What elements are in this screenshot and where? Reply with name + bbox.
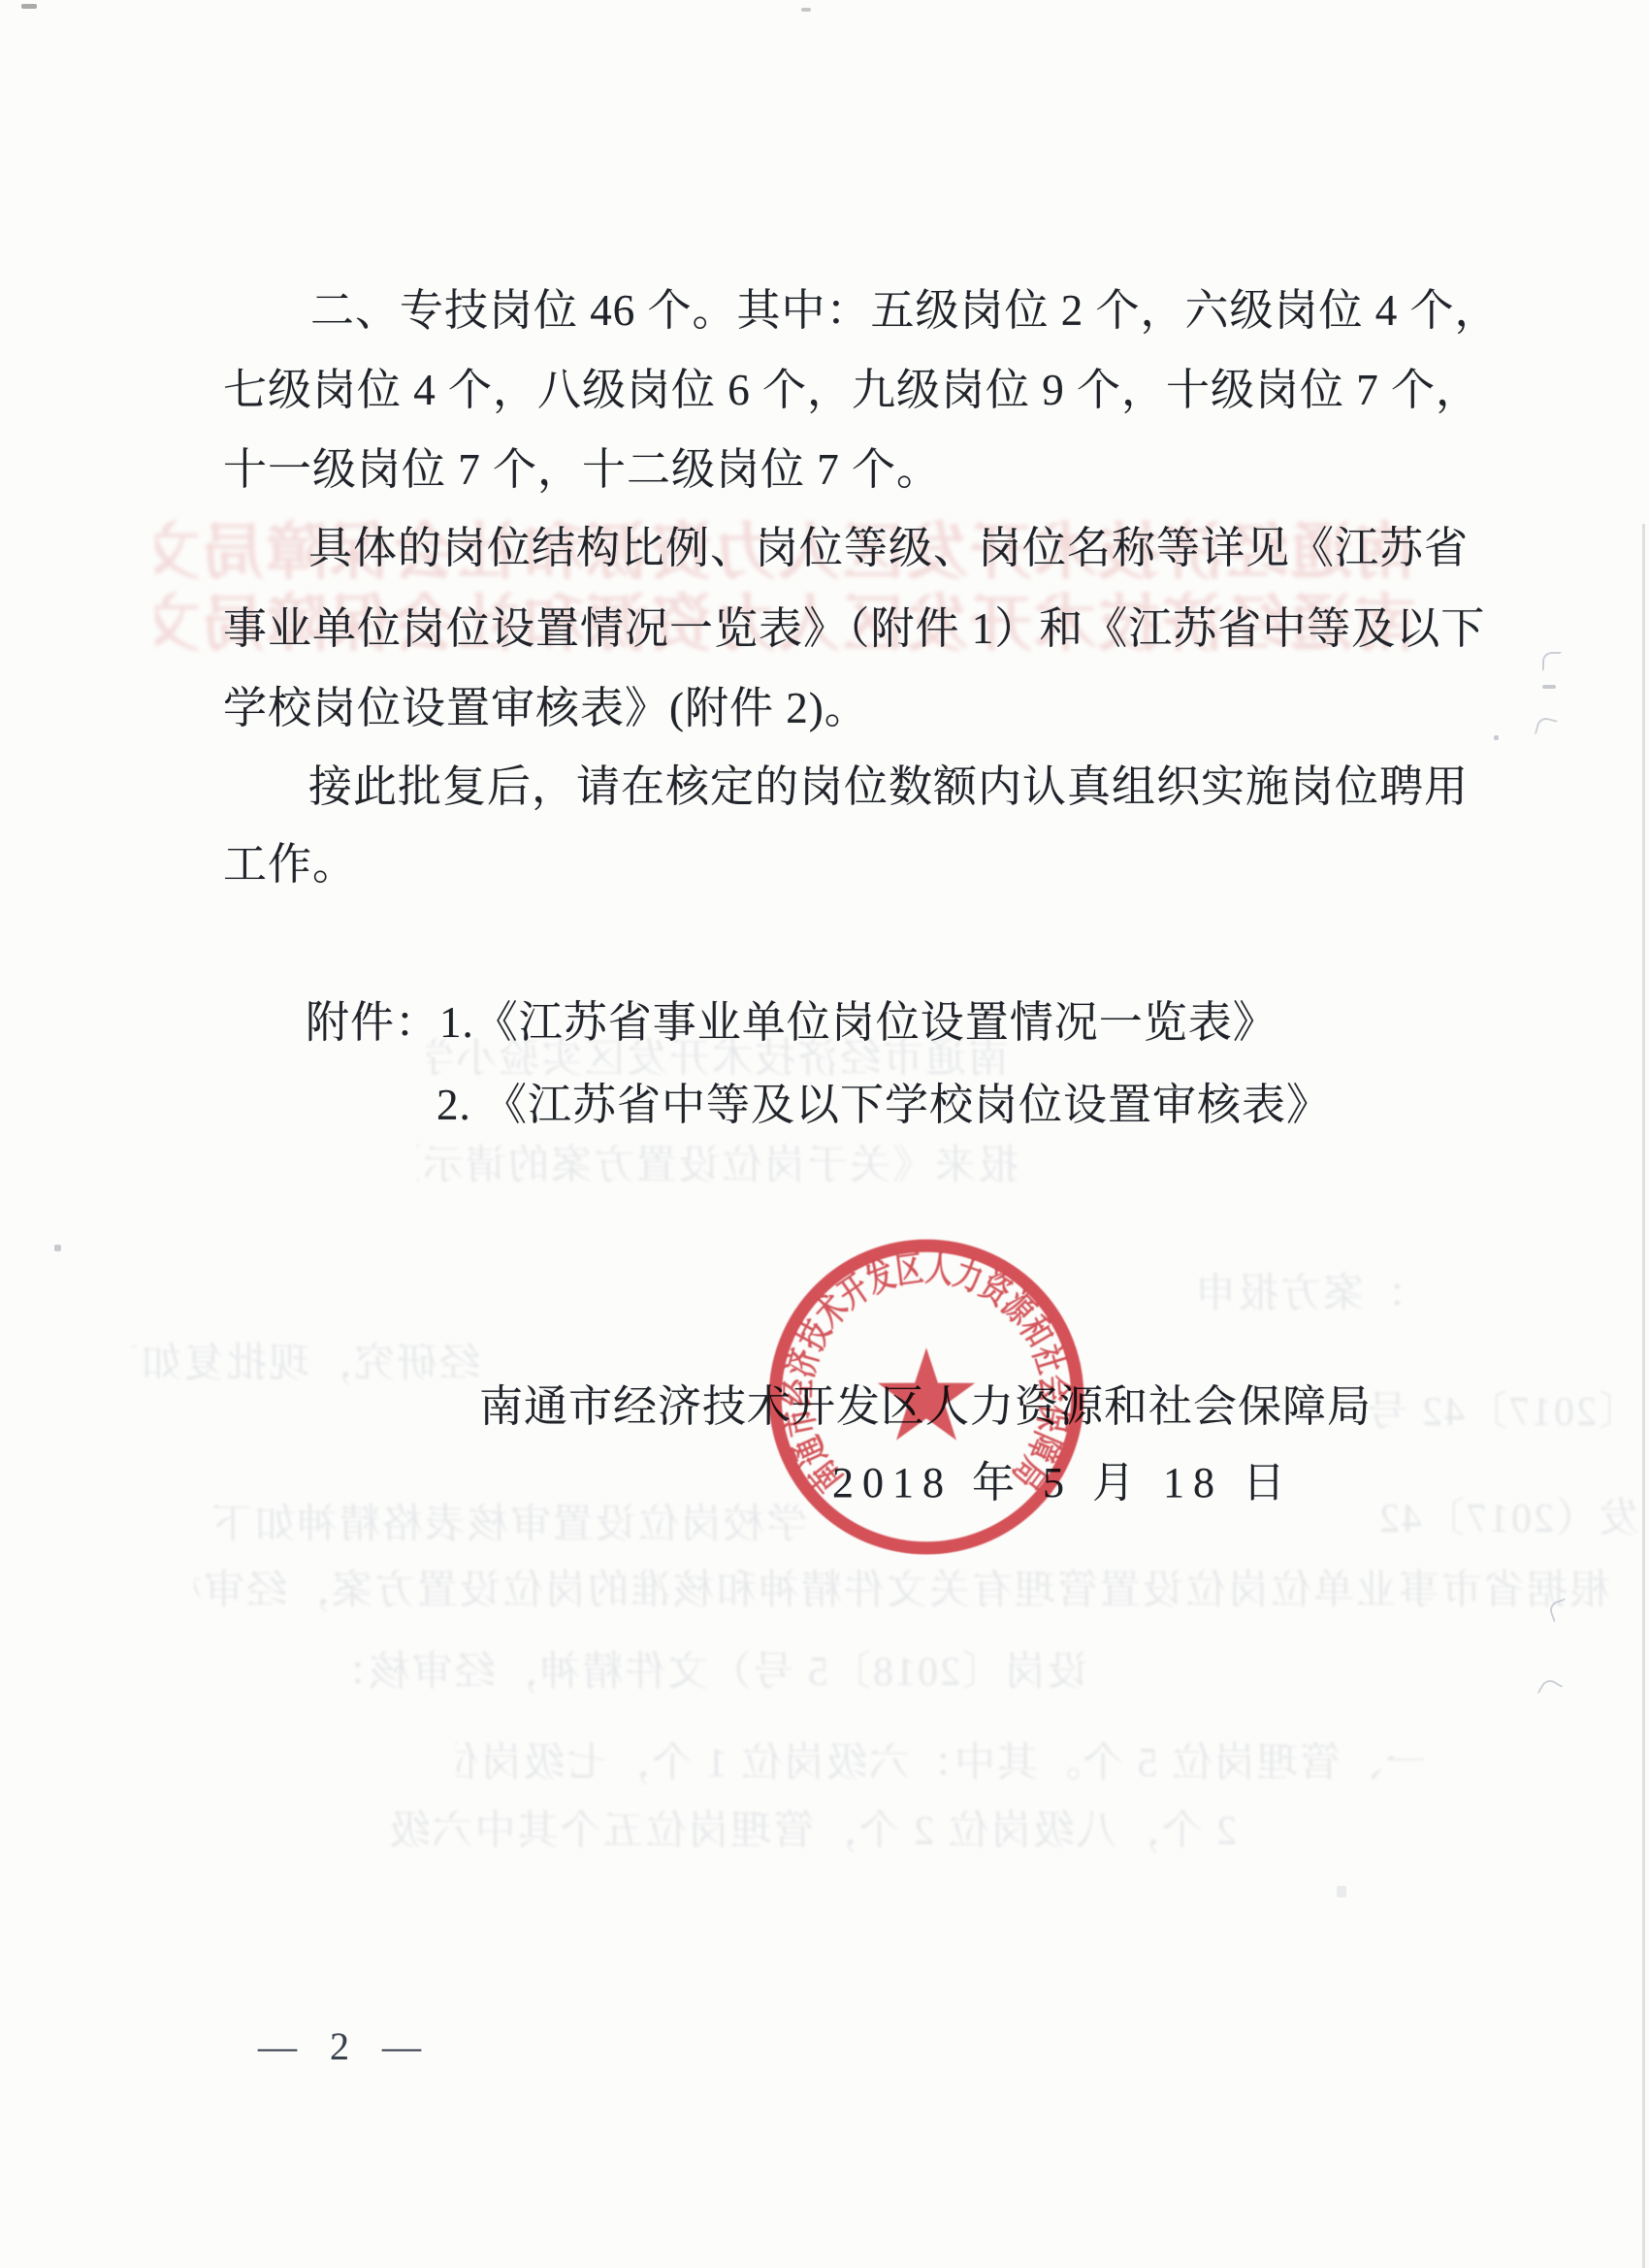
body-line: 具体的岗位结构比例、岗位等级、岗位名称等详见《江苏省 — [308, 525, 1469, 573]
scan-artifact — [1542, 685, 1556, 689]
bleedthrough-gray-row: 一、管理岗位 5 个。其中：六级岗位 1 个，七级岗位 — [456, 1731, 1426, 1789]
bleedthrough-gray-row: 经研究，现批复如下 — [131, 1331, 480, 1389]
scan-artifact — [1536, 1676, 1563, 1702]
bleedthrough-gray-row: 发（2017〕42 — [1339, 1486, 1639, 1544]
bleedthrough-gray-row: 2 个，八级岗位 2 个，管理岗位五个其中六级 — [189, 1798, 1237, 1857]
bleedthrough-gray-row: 〔2017〕42 号 — [1358, 1379, 1639, 1438]
bleedthrough-gray-row: 报来《关于岗位设置方案的请示》收悉 — [417, 1133, 1018, 1191]
bleedthrough-gray-row: 设岗〔2018〕5 号）文件精神，经审核： — [128, 1639, 1088, 1698]
scan-artifact — [1494, 735, 1499, 740]
official-seal: 南通市经济技术开发区人力资源和社会保障局 — [760, 1230, 1093, 1564]
scan-artifact — [1542, 652, 1562, 671]
body-line: 工作。 — [223, 841, 357, 890]
attachment-list-line: 2. 《江苏省中等及以下学校岗位设置审核表》 — [436, 1082, 1331, 1130]
star-icon — [878, 1347, 975, 1440]
body-line: 七级岗位 4 个，八级岗位 6 个，九级岗位 9 个，十级岗位 7 个， — [223, 367, 1480, 415]
scanned-document-page: 南通经济技术开发区人力资源和社会保障局文件 南通经济技术开发区人力资源和社会保障… — [0, 0, 1649, 2268]
body-line: 学校岗位设置审核表》(附件 2)。 — [223, 685, 869, 733]
scan-artifact — [21, 4, 37, 9]
body-line: 十一级岗位 7 个，十二级岗位 7 个。 — [223, 446, 941, 495]
bleedthrough-gray-row: 根据省市事业单位岗位设置管理有关文件精神和核准的岗位设置方案，经审核同意 — [194, 1558, 1610, 1616]
page-number: — 2 — — [258, 2024, 433, 2069]
scan-artifact — [54, 1245, 61, 1251]
body-line: 二、专技岗位 46 个。其中：五级岗位 2 个，六级岗位 4 个， — [310, 287, 1500, 336]
scan-artifact — [1337, 1886, 1346, 1897]
scan-artifact — [1535, 716, 1558, 739]
scan-edge-line — [1642, 524, 1645, 2268]
attachment-list-line: 附件：1.《江苏省事业单位岗位设置情况一览表》 — [306, 999, 1277, 1048]
scan-artifact — [1547, 1598, 1572, 1623]
bleedthrough-gray-row: ：案方报申 — [1115, 1261, 1406, 1319]
scan-artifact — [801, 8, 811, 12]
body-line: 接此批复后，请在核定的岗位数额内认真组织实施岗位聘用 — [308, 763, 1469, 812]
body-line: 事业单位岗位设置情况一览表》（附件 1）和《江苏省中等及以下 — [223, 605, 1485, 654]
bleedthrough-gray-row: 学校岗位设置审核表格精神如下 — [128, 1492, 807, 1550]
